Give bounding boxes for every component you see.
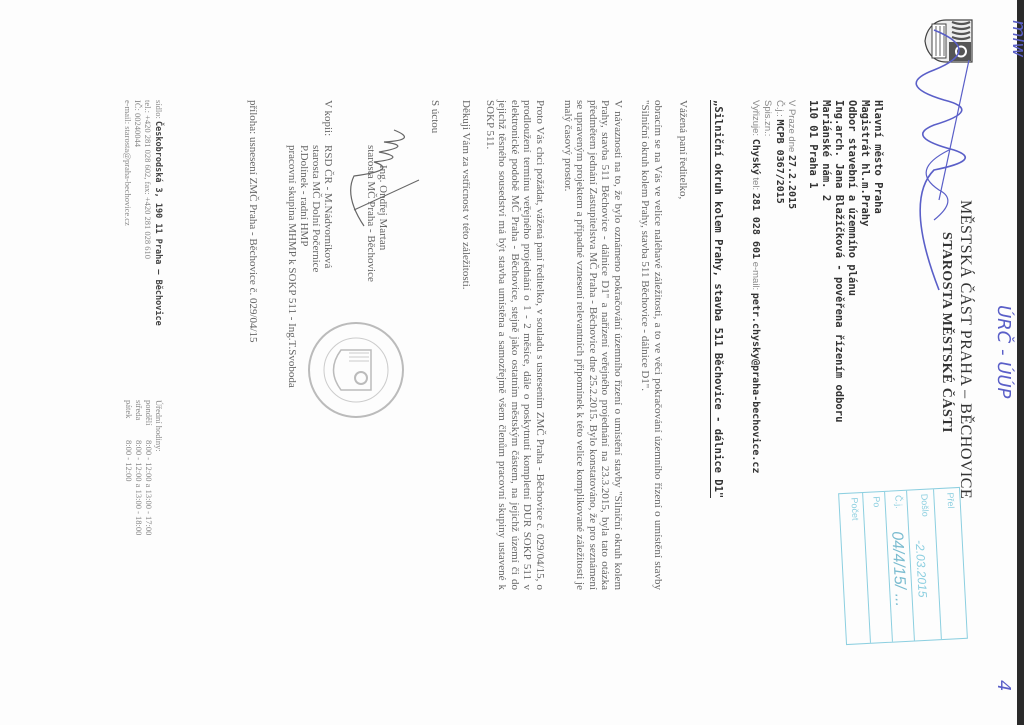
handwritten-initials: mlw (1008, 20, 1024, 57)
recipient-line: Ing.arch. Jana Blažíčková - pověřena říz… (832, 100, 845, 422)
footer-phone: tel.: +420 281 028 602, fax: +420 281 02… (143, 100, 153, 326)
signature-mark (344, 120, 424, 240)
date-label: V Praze dne (786, 100, 797, 152)
recipient-line: Hlavní město Praha (871, 100, 884, 422)
recipient-line: 110 01 Praha 1 (806, 100, 819, 422)
paragraph: obracím se na Vás ve velice naléhavé zál… (639, 100, 664, 590)
handler-phone: 281 028 601 (750, 193, 761, 259)
recipient-line: Mariánské nám. 2 (819, 100, 832, 422)
stamp-row-label: Po (871, 496, 882, 508)
hours-time: 8:00 - 12:00 a 13:00 - 17:00 (144, 440, 154, 535)
copies-label: V kopii: (322, 100, 334, 136)
file-label: Spis.zn.: (762, 100, 773, 136)
recipient-line: Odbor stavební a územního plánu (845, 100, 858, 422)
ref-label: Č.j.: (774, 100, 785, 117)
letter-meta: V Praze dne 27.2.2015 Č.j.: MCPB 0367/20… (749, 100, 797, 473)
handwritten-page-number: 4 (993, 680, 1014, 691)
footer-contact: sídlo: Českobrodská 3, 190 11 Praha – Bě… (123, 100, 164, 326)
stamp-row-label: Došlo (919, 494, 930, 518)
letter-date: 27.2.2015 (786, 155, 797, 209)
handwritten-routing-note: ÚRČ - ÚÚP (993, 305, 1014, 398)
stamp-ref: 04/4/15/ ... (887, 531, 909, 607)
stamp-row-label: Přel (945, 492, 956, 509)
stamp-row-label: Počet (849, 497, 860, 521)
copies-block: V kopii: RSD ČR - M.Nádvorníková starost… (322, 100, 334, 136)
letter-subject: „Silniční okruh kolem Prahy, stavba 511 … (710, 100, 724, 498)
salutation: Vážená paní ředitelko, (677, 100, 690, 199)
tel-label: tel: (750, 177, 761, 190)
hours-day: středa (134, 400, 144, 440)
hours-time: 8:00 - 12:00 (124, 440, 134, 482)
office-hours: Úřední hodiny: pondělí8:00 - 12:00 a 13:… (124, 400, 164, 535)
letter-page: MĚSTSKÁ ČÁST PRAHA – BĚCHOVICE STAROSTA … (0, 0, 1024, 725)
seat-address: Českobrodská 3, 190 11 Praha – Běchovice (153, 121, 163, 326)
handwritten-signature (884, 0, 994, 300)
recipient-line: Magistrát hl.m.Prahy (858, 100, 871, 422)
office-hours-title: Úřední hodiny: (154, 400, 164, 535)
hours-day: pátek (124, 400, 134, 440)
hours-time: 8:00 - 12:00 a 13:00 - 18:00 (134, 440, 144, 535)
attachment-note: příloha: usnesení ZMČ Praha - Běchovice … (247, 100, 260, 343)
email-label: e-mail: (750, 262, 761, 291)
stamp-date: -2.03.2015 (913, 540, 930, 598)
handler-name: Chyský (750, 139, 761, 175)
copy-recipient: pracovní skupina MHMP k SOKP 511 - Ing.T… (286, 145, 298, 388)
ref-number: MCPB 0367/2015 (774, 120, 785, 204)
recipient-address: Hlavní město Praha Magistrát hl.m.Prahy … (806, 100, 884, 422)
handler-label: Vyřizuje: (750, 100, 761, 136)
stamp-row-label: Č.j. (893, 495, 904, 509)
seat-label: sídlo: (154, 100, 164, 119)
official-stamp-icon (306, 320, 406, 420)
registry-stamp: Přel Došlo Č.j. Po Počet -2.03.2015 04/4… (838, 487, 968, 645)
footer-ic: IČ: 00240044 (133, 100, 143, 326)
paragraph: Proto Vás chci požádat, vážená paní ředi… (484, 100, 547, 590)
footer-email: e-mail: starosta@praha-bechovice.cz (123, 100, 133, 326)
hours-day: pondělí (144, 400, 154, 440)
handler-email: petr.chysky@praha-bechovice.cz (750, 293, 761, 474)
paragraph: Děkuji Vám za vstřícnost v této záležito… (460, 100, 473, 590)
scanned-document: MĚSTSKÁ ČÁST PRAHA – BĚCHOVICE STAROSTA … (0, 0, 1024, 725)
closing: S úctou (429, 100, 442, 133)
paragraph: V návaznosti na to, že bylo oznámeno pok… (562, 100, 625, 590)
